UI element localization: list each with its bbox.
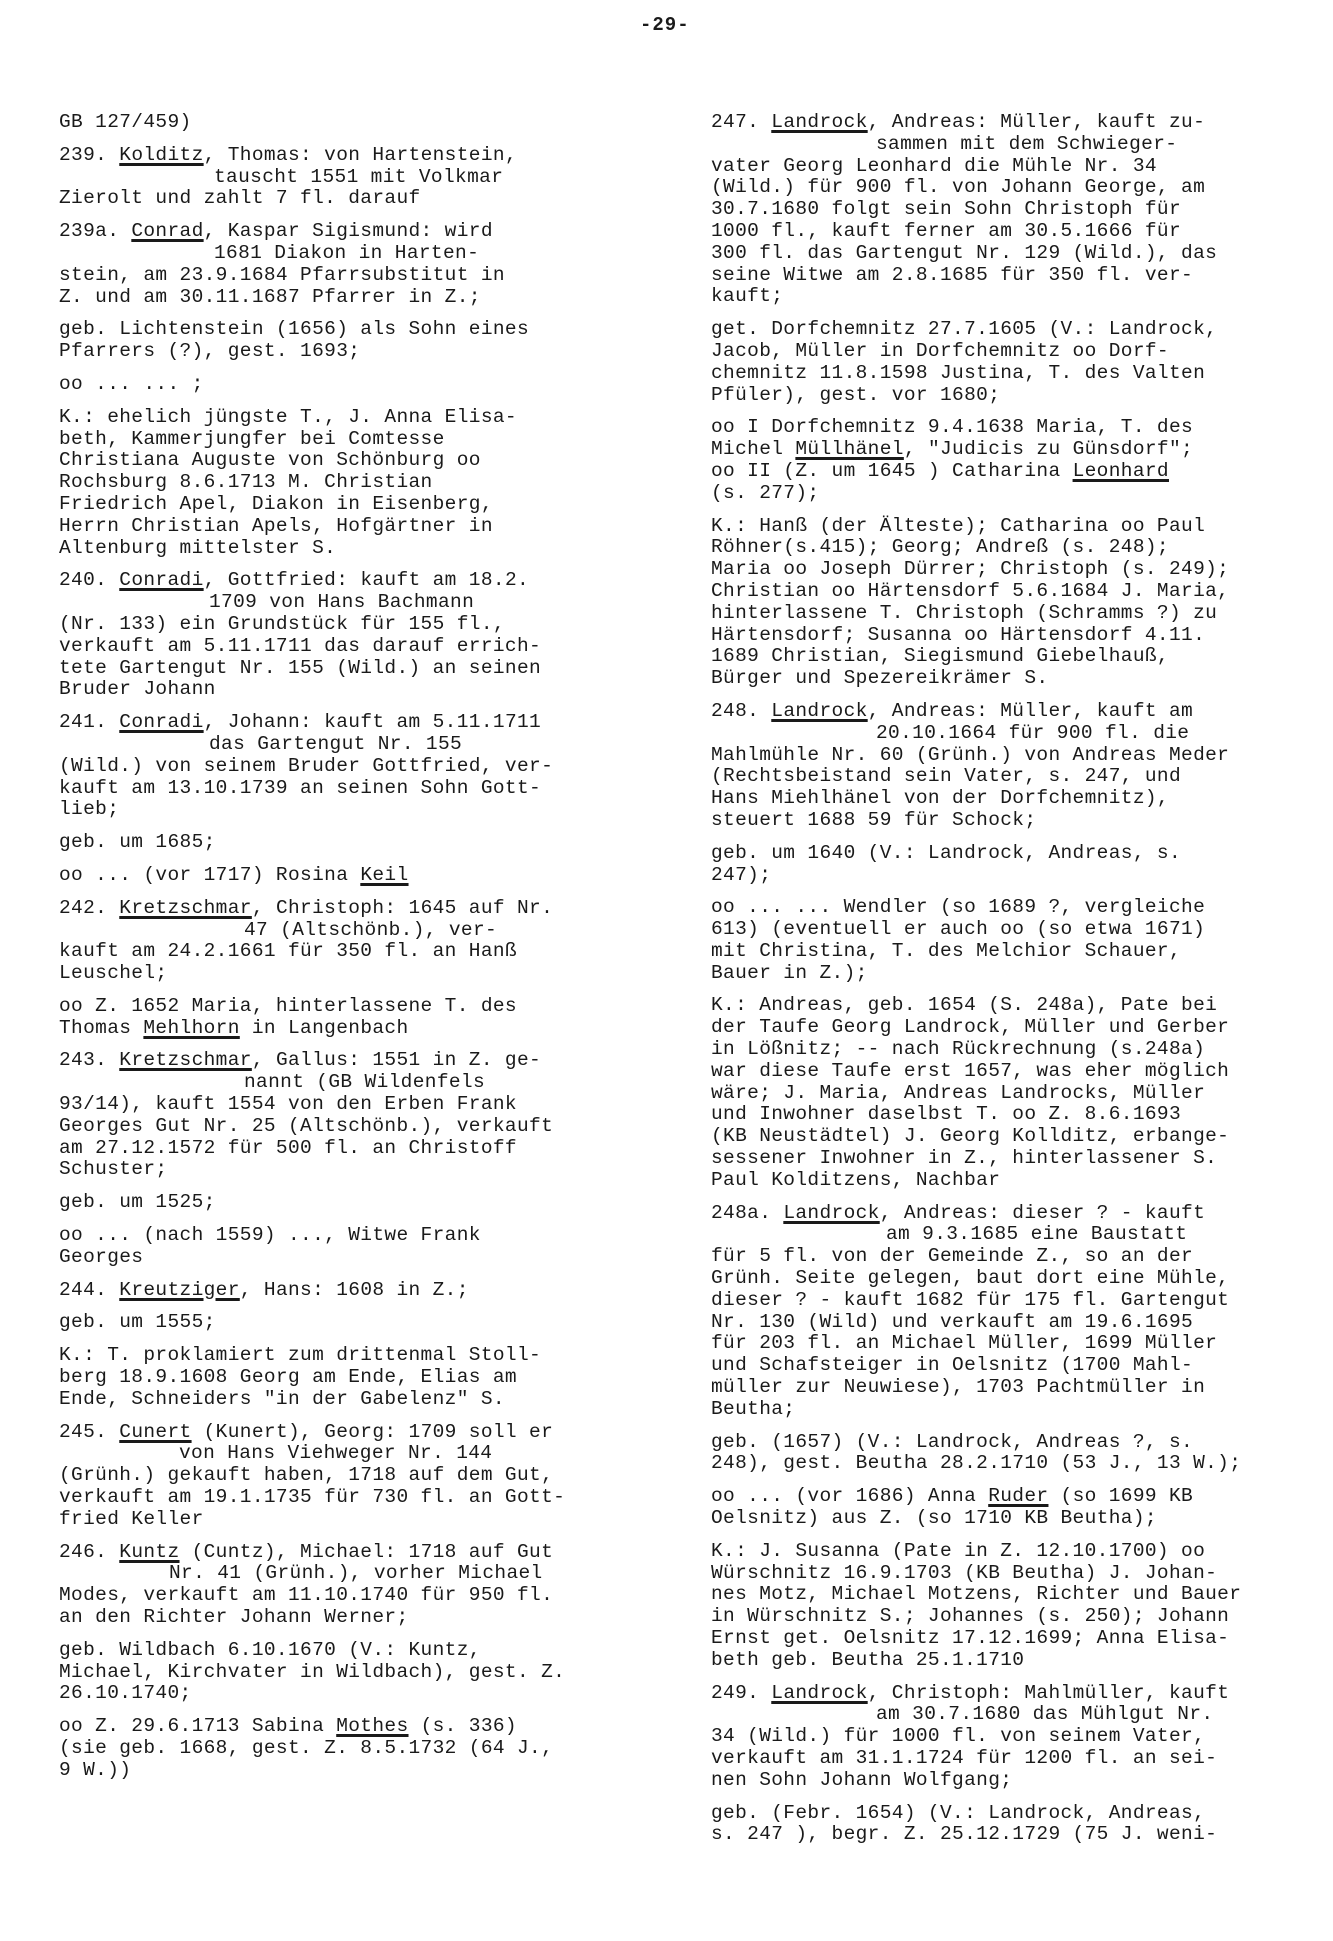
line-prefix: oo ... (vor 1717) Rosina xyxy=(59,864,360,886)
text-line: Hans Miehlhänel von der Dorfchemnitz), xyxy=(711,788,1311,810)
line-text: Würschnitz 16.9.1703 (KB Beutha) J. Joha… xyxy=(711,1562,1217,1584)
underlined-surname: Landrock xyxy=(783,1202,879,1224)
line-text: nes Motz, Michael Motzens, Richter und B… xyxy=(711,1583,1241,1605)
line-text: und Schafsteiger in Oelsnitz (1700 Mahl- xyxy=(711,1354,1193,1376)
underlined-surname: Kretzschmar xyxy=(119,1049,252,1071)
entry-paragraph: 247. Landrock, Andreas: Müller, kauft zu… xyxy=(711,112,1311,308)
line-text: am 27.12.1572 für 500 fl. an Christoff xyxy=(59,1137,517,1159)
text-line: kauft am 24.2.1661 für 350 fl. an Hanß xyxy=(59,941,659,963)
text-line: in Lößnitz; -- nach Rückrechnung (s.248a… xyxy=(711,1039,1311,1061)
underlined-surname: Cunert xyxy=(119,1421,191,1443)
line-text: Röhner(s.415); Georg; Andreß (s. 248); xyxy=(711,536,1169,558)
text-line: Jacob, Müller in Dorfchemnitz oo Dorf- xyxy=(711,341,1311,363)
text-line: wäre; J. Maria, Andreas Landrocks, Mülle… xyxy=(711,1083,1311,1105)
line-text: , Christoph: 1645 auf Nr. xyxy=(252,897,553,919)
entry-paragraph: oo ... ... Wendler (so 1689 ?, vergleich… xyxy=(711,897,1311,984)
text-line: oo ... ... ; xyxy=(59,374,659,396)
text-line: 248. Landrock, Andreas: Müller, kauft am xyxy=(711,701,1311,723)
text-line: K.: ehelich jüngste T., J. Anna Elisa- xyxy=(59,407,659,429)
text-line: Herrn Christian Apels, Hofgärtner in xyxy=(59,516,659,538)
line-text: geb. um 1525; xyxy=(59,1191,216,1213)
line-text: (Cuntz), Michael: 1718 auf Gut xyxy=(180,1541,554,1563)
text-line: 247. Landrock, Andreas: Müller, kauft zu… xyxy=(711,112,1311,134)
page-number: -29- xyxy=(640,14,690,36)
text-line: seine Witwe am 2.8.1685 für 350 fl. ver- xyxy=(711,265,1311,287)
entry-paragraph: oo Z. 1652 Maria, hinterlassene T. desTh… xyxy=(59,996,659,1040)
line-text: , Andreas: dieser ? - kauft xyxy=(880,1202,1205,1224)
text-line: Röhner(s.415); Georg; Andreß (s. 248); xyxy=(711,537,1311,559)
line-prefix: 240. xyxy=(59,569,119,591)
entry-paragraph: 249. Landrock, Christoph: Mahlmüller, ka… xyxy=(711,1683,1311,1792)
line-text: 9 W.)) xyxy=(59,1759,131,1781)
line-prefix: 243. xyxy=(59,1049,119,1071)
line-text: , Andreas: Müller, kauft am xyxy=(868,700,1193,722)
text-line: geb. (Febr. 1654) (V.: Landrock, Andreas… xyxy=(711,1803,1311,1825)
text-line: kauft am 13.10.1739 an seinen Sohn Gott- xyxy=(59,778,659,800)
line-text: Christian oo Härtensdorf 5.6.1684 J. Mar… xyxy=(711,580,1229,602)
text-line: (Wild.) für 900 fl. von Johann George, a… xyxy=(711,177,1311,199)
text-line: oo Z. 1652 Maria, hinterlassene T. des xyxy=(59,996,659,1018)
line-text: für 5 fl. von der Gemeinde Z., so an der xyxy=(711,1245,1193,1267)
underlined-surname: Kolditz xyxy=(119,144,203,166)
line-prefix: 249. xyxy=(711,1682,771,1704)
text-line: 34 (Wild.) für 1000 fl. von seinem Vater… xyxy=(711,1726,1311,1748)
line-text: vater Georg Leonhard die Mühle Nr. 34 xyxy=(711,155,1157,177)
line-text: verkauft am 19.1.1735 für 730 fl. an Got… xyxy=(59,1486,565,1508)
entry-paragraph: 245. Cunert (Kunert), Georg: 1709 soll e… xyxy=(59,1422,659,1531)
text-line: 1681 Diakon in Harten- xyxy=(59,243,659,265)
underlined-surname: Kuntz xyxy=(119,1541,179,1563)
text-line: 93/14), kauft 1554 von den Erben Frank xyxy=(59,1094,659,1116)
left-column: GB 127/459)239. Kolditz, Thomas: von Har… xyxy=(59,112,659,1793)
underlined-surname: Landrock xyxy=(771,700,867,722)
line-prefix: 244. xyxy=(59,1279,119,1301)
entry-paragraph: oo ... (vor 1686) Anna Ruder (so 1699 KB… xyxy=(711,1486,1311,1530)
line-text: Friedrich Apel, Diakon in Eisenberg, xyxy=(59,493,493,515)
text-line: 30.7.1680 folgt sein Sohn Christoph für xyxy=(711,199,1311,221)
entry-paragraph: oo I Dorfchemnitz 9.4.1638 Maria, T. des… xyxy=(711,417,1311,504)
line-text: kauft; xyxy=(711,285,783,307)
text-line: GB 127/459) xyxy=(59,112,659,134)
text-line: Altenburg mittelster S. xyxy=(59,538,659,560)
text-line: 20.10.1664 für 900 fl. die xyxy=(711,723,1311,745)
text-line: geb. um 1555; xyxy=(59,1312,659,1334)
text-line: (Nr. 133) ein Grundstück für 155 fl., xyxy=(59,614,659,636)
line-text: wäre; J. Maria, Andreas Landrocks, Mülle… xyxy=(711,1082,1205,1104)
line-text: oo ... (nach 1559) ..., Witwe Frank xyxy=(59,1224,481,1246)
line-text: Christiana Auguste von Schönburg oo xyxy=(59,449,481,471)
text-line: und Inwohner daselbst T. oo Z. 8.6.1693 xyxy=(711,1104,1311,1126)
entry-paragraph: get. Dorfchemnitz 27.7.1605 (V.: Landroc… xyxy=(711,319,1311,406)
text-line: steuert 1688 59 für Schock; xyxy=(711,810,1311,832)
line-text: 1000 fl., kauft ferner am 30.5.1666 für xyxy=(711,220,1181,242)
text-line: nannt (GB Wildenfels xyxy=(59,1072,659,1094)
line-text: (s. 336) xyxy=(409,1715,517,1737)
text-line: Michel Müllhänel, "Judicis zu Günsdorf"; xyxy=(711,439,1311,461)
text-line: oo II (Z. um 1645 ) Catharina Leonhard xyxy=(711,461,1311,483)
line-text: K.: ehelich jüngste T., J. Anna Elisa- xyxy=(59,406,517,428)
text-line: war diese Taufe erst 1657, was eher mögl… xyxy=(711,1061,1311,1083)
line-text: geb. um 1640 (V.: Landrock, Andreas, s. xyxy=(711,842,1181,864)
entry-paragraph: 248a. Landrock, Andreas: dieser ? - kauf… xyxy=(711,1203,1311,1421)
entry-paragraph: K.: J. Susanna (Pate in Z. 12.10.1700) o… xyxy=(711,1541,1311,1672)
line-text: 30.7.1680 folgt sein Sohn Christoph für xyxy=(711,198,1181,220)
line-prefix: 246. xyxy=(59,1541,119,1563)
line-text: (Nr. 133) ein Grundstück für 155 fl., xyxy=(59,613,505,635)
line-prefix: 248. xyxy=(711,700,771,722)
line-text: am 9.3.1685 eine Baustatt xyxy=(886,1223,1187,1245)
line-prefix: 247. xyxy=(711,111,771,133)
line-text: Härtensdorf; Susanna oo Härtensdorf 4.11… xyxy=(711,624,1205,646)
text-line: oo ... (vor 1717) Rosina Keil xyxy=(59,865,659,887)
line-prefix: 239. xyxy=(59,144,119,166)
text-line: geb. um 1685; xyxy=(59,832,659,854)
text-line: chemnitz 11.8.1598 Justina, T. des Valte… xyxy=(711,363,1311,385)
line-text: Zierolt und zahlt 7 fl. darauf xyxy=(59,187,421,209)
line-text: GB 127/459) xyxy=(59,111,192,133)
line-text: Paul Kolditzens, Nachbar xyxy=(711,1169,1000,1191)
line-text: geb. um 1555; xyxy=(59,1311,216,1333)
line-text: Altenburg mittelster S. xyxy=(59,537,336,559)
line-prefix: oo ... (vor 1686) Anna xyxy=(711,1485,988,1507)
line-text: Michael, Kirchvater in Wildbach), gest. … xyxy=(59,1661,565,1683)
entry-paragraph: oo ... (nach 1559) ..., Witwe FrankGeorg… xyxy=(59,1225,659,1269)
line-text: mit Christina, T. des Melchior Schauer, xyxy=(711,940,1181,962)
line-text: müller zur Neuwiese), 1703 Pachtmüller i… xyxy=(711,1376,1205,1398)
line-text: Jacob, Müller in Dorfchemnitz oo Dorf- xyxy=(711,340,1169,362)
text-line: am 27.12.1572 für 500 fl. an Christoff xyxy=(59,1138,659,1160)
line-text: , Gottfried: kauft am 18.2. xyxy=(204,569,529,591)
text-line: 245. Cunert (Kunert), Georg: 1709 soll e… xyxy=(59,1422,659,1444)
text-line: Zierolt und zahlt 7 fl. darauf xyxy=(59,188,659,210)
line-text: Grünh. Seite gelegen, baut dort eine Müh… xyxy=(711,1267,1229,1289)
line-text: 300 fl. das Gartengut Nr. 129 (Wild.), d… xyxy=(711,242,1217,264)
line-text: (s. 277); xyxy=(711,482,819,504)
line-text: , Hans: 1608 in Z.; xyxy=(240,1279,469,1301)
entry-paragraph: oo ... (vor 1717) Rosina Keil xyxy=(59,865,659,887)
text-line: Bauer in Z.); xyxy=(711,963,1311,985)
text-line: geb. um 1640 (V.: Landrock, Andreas, s. xyxy=(711,843,1311,865)
underlined-surname: Kreutziger xyxy=(119,1279,240,1301)
line-text: berg 18.9.1608 Georg am Ende, Elias am xyxy=(59,1366,517,1388)
line-text: , Gallus: 1551 in Z. ge- xyxy=(252,1049,541,1071)
text-line: dieser ? - kauft 1682 für 175 fl. Garten… xyxy=(711,1290,1311,1312)
text-line: Thomas Mehlhorn in Langenbach xyxy=(59,1018,659,1040)
line-text: Modes, verkauft am 11.10.1740 für 950 fl… xyxy=(59,1584,553,1606)
text-line: Paul Kolditzens, Nachbar xyxy=(711,1170,1311,1192)
line-text: Maria oo Joseph Dürrer; Christoph (s. 24… xyxy=(711,558,1229,580)
text-line: Bruder Johann xyxy=(59,679,659,701)
line-text: an den Richter Johann Werner; xyxy=(59,1606,409,1628)
entry-paragraph: geb. (1657) (V.: Landrock, Andreas ?, s.… xyxy=(711,1432,1311,1476)
line-text: , "Judicis zu Günsdorf"; xyxy=(904,438,1193,460)
entry-paragraph: K.: Hanß (der Älteste); Catharina oo Pau… xyxy=(711,516,1311,690)
entry-paragraph: geb. um 1525; xyxy=(59,1192,659,1214)
line-text: Pfüler), gest. vor 1680; xyxy=(711,384,1000,406)
line-text: (Wild.) von seinem Bruder Gottfried, ver… xyxy=(59,755,553,777)
line-text: (Kunert), Georg: 1709 soll er xyxy=(192,1421,554,1443)
line-prefix: oo II (Z. um 1645 ) Catharina xyxy=(711,460,1073,482)
line-text: oo ... ... ; xyxy=(59,373,204,395)
line-text: K.: T. proklamiert zum drittenmal Stoll- xyxy=(59,1344,541,1366)
text-line: hinterlassene T. Christoph (Schramms ?) … xyxy=(711,603,1311,625)
text-line: (sie geb. 1668, gest. Z. 8.5.1732 (64 J.… xyxy=(59,1738,659,1760)
text-line: oo ... (nach 1559) ..., Witwe Frank xyxy=(59,1225,659,1247)
line-text: Nr. 130 (Wild) und verkauft am 19.6.1695 xyxy=(711,1311,1193,1333)
text-line: Mahlmühle Nr. 60 (Grünh.) von Andreas Me… xyxy=(711,745,1311,767)
text-line: Oelsnitz) aus Z. (so 1710 KB Beutha); xyxy=(711,1508,1311,1530)
line-text: 20.10.1664 für 900 fl. die xyxy=(876,722,1189,744)
text-line: geb. um 1525; xyxy=(59,1192,659,1214)
line-text: verkauft am 31.1.1724 für 1200 fl. an se… xyxy=(711,1747,1217,1769)
text-line: 243. Kretzschmar, Gallus: 1551 in Z. ge- xyxy=(59,1050,659,1072)
line-text: oo I Dorfchemnitz 9.4.1638 Maria, T. des xyxy=(711,416,1193,438)
line-text: kauft am 24.2.1661 für 350 fl. an Hanß xyxy=(59,940,517,962)
text-line: Christian oo Härtensdorf 5.6.1684 J. Mar… xyxy=(711,581,1311,603)
line-text: 1709 von Hans Bachmann xyxy=(209,591,474,613)
text-line: tauscht 1551 mit Volkmar xyxy=(59,167,659,189)
line-prefix: Thomas xyxy=(59,1017,143,1039)
line-text: 47 (Altschönb.), ver- xyxy=(244,919,497,941)
text-line: Christiana Auguste von Schönburg oo xyxy=(59,450,659,472)
entry-paragraph: 240. Conradi, Gottfried: kauft am 18.2.1… xyxy=(59,570,659,701)
underlined-surname: Müllhänel xyxy=(795,438,903,460)
line-text: kauft am 13.10.1739 an seinen Sohn Gott- xyxy=(59,777,541,799)
text-line: für 203 fl. an Michael Müller, 1699 Müll… xyxy=(711,1333,1311,1355)
text-line: Würschnitz 16.9.1703 (KB Beutha) J. Joha… xyxy=(711,1563,1311,1585)
line-text: (Wild.) für 900 fl. von Johann George, a… xyxy=(711,176,1205,198)
text-line: nen Sohn Johann Wolfgang; xyxy=(711,1770,1311,1792)
text-line: K.: Hanß (der Älteste); Catharina oo Pau… xyxy=(711,516,1311,538)
text-line: 47 (Altschönb.), ver- xyxy=(59,920,659,942)
text-line: K.: T. proklamiert zum drittenmal Stoll- xyxy=(59,1345,659,1367)
line-text: Bürger und Spezereikrämer S. xyxy=(711,667,1048,689)
underlined-surname: Landrock xyxy=(771,111,867,133)
line-text: war diese Taufe erst 1657, was eher mögl… xyxy=(711,1060,1229,1082)
line-text: 34 (Wild.) für 1000 fl. von seinem Vater… xyxy=(711,1725,1205,1747)
underlined-surname: Mehlhorn xyxy=(143,1017,239,1039)
line-text: tete Gartengut Nr. 155 (Wild.) an seinen xyxy=(59,657,541,679)
line-text: Ende, Schneiders "in der Gabelenz" S. xyxy=(59,1388,505,1410)
text-line: geb. Wildbach 6.10.1670 (V.: Kuntz, xyxy=(59,1640,659,1662)
text-line: Michael, Kirchvater in Wildbach), gest. … xyxy=(59,1662,659,1684)
text-line: Nr. 41 (Grünh.), vorher Michael xyxy=(59,1563,659,1585)
text-line: am 30.7.1680 das Mühlgut Nr. xyxy=(711,1704,1311,1726)
line-text: in Würschnitz S.; Johannes (s. 250); Joh… xyxy=(711,1605,1229,1627)
text-line: Ende, Schneiders "in der Gabelenz" S. xyxy=(59,1389,659,1411)
text-line: beth, Kammerjungfer bei Comtesse xyxy=(59,429,659,451)
text-line: müller zur Neuwiese), 1703 Pachtmüller i… xyxy=(711,1377,1311,1399)
underlined-surname: Mothes xyxy=(336,1715,408,1737)
text-line: an den Richter Johann Werner; xyxy=(59,1607,659,1629)
line-text: Oelsnitz) aus Z. (so 1710 KB Beutha); xyxy=(711,1507,1157,1529)
line-text: sessener Inwohner in Z., hinterlassener … xyxy=(711,1147,1217,1169)
line-text: (sie geb. 1668, gest. Z. 8.5.1732 (64 J.… xyxy=(59,1737,553,1759)
text-line: (Wild.) von seinem Bruder Gottfried, ver… xyxy=(59,756,659,778)
line-text: , Thomas: von Hartenstein, xyxy=(204,144,517,166)
line-text: beth geb. Beutha 25.1.1710 xyxy=(711,1649,1024,1671)
line-text: sammen mit dem Schwieger- xyxy=(876,133,1177,155)
line-text: geb. (Febr. 1654) (V.: Landrock, Andreas… xyxy=(711,1802,1205,1824)
line-text: Bruder Johann xyxy=(59,678,216,700)
text-line: 246. Kuntz (Cuntz), Michael: 1718 auf Gu… xyxy=(59,1542,659,1564)
text-line: 239. Kolditz, Thomas: von Hartenstein, xyxy=(59,145,659,167)
line-prefix: Michel xyxy=(711,438,795,460)
line-text: nen Sohn Johann Wolfgang; xyxy=(711,1769,1012,1791)
text-line: berg 18.9.1608 Georg am Ende, Elias am xyxy=(59,1367,659,1389)
line-prefix: 241. xyxy=(59,711,119,733)
line-text: Mahlmühle Nr. 60 (Grünh.) von Andreas Me… xyxy=(711,744,1229,766)
line-text: seine Witwe am 2.8.1685 für 350 fl. ver- xyxy=(711,264,1193,286)
text-line: stein, am 23.9.1684 Pfarrsubstitut in xyxy=(59,265,659,287)
line-text: (Rechtsbeistand sein Vater, s. 247, und xyxy=(711,765,1181,787)
line-text: , Johann: kauft am 5.11.1711 xyxy=(204,711,541,733)
line-text: Georges Gut Nr. 25 (Altschönb.), verkauf… xyxy=(59,1115,553,1137)
line-text: 1681 Diakon in Harten- xyxy=(214,242,479,264)
line-text: Hans Miehlhänel von der Dorfchemnitz), xyxy=(711,787,1169,809)
line-text: K.: J. Susanna (Pate in Z. 12.10.1700) o… xyxy=(711,1540,1205,1562)
line-prefix: 248a. xyxy=(711,1202,783,1224)
line-text: 26.10.1740; xyxy=(59,1682,192,1704)
line-text: Schuster; xyxy=(59,1158,167,1180)
text-line: oo I Dorfchemnitz 9.4.1638 Maria, T. des xyxy=(711,417,1311,439)
text-line: 239a. Conrad, Kaspar Sigismund: wird xyxy=(59,221,659,243)
text-line: Härtensdorf; Susanna oo Härtensdorf 4.11… xyxy=(711,625,1311,647)
line-prefix: 239a. xyxy=(59,220,131,242)
entry-paragraph: geb. um 1555; xyxy=(59,1312,659,1334)
text-line: 1000 fl., kauft ferner am 30.5.1666 für xyxy=(711,221,1311,243)
line-prefix: 242. xyxy=(59,897,119,919)
entry-paragraph: K.: ehelich jüngste T., J. Anna Elisa-be… xyxy=(59,407,659,560)
line-text: Rochsburg 8.6.1713 M. Christian xyxy=(59,471,433,493)
line-text: tauscht 1551 mit Volkmar xyxy=(214,166,503,188)
line-text: in Lößnitz; -- nach Rückrechnung (s.248a… xyxy=(711,1038,1205,1060)
line-text: hinterlassene T. Christoph (Schramms ?) … xyxy=(711,602,1217,624)
text-line: geb. Lichtenstein (1656) als Sohn eines xyxy=(59,319,659,341)
underlined-surname: Keil xyxy=(360,864,408,886)
entry-paragraph: 248. Landrock, Andreas: Müller, kauft am… xyxy=(711,701,1311,832)
text-line: s. 247 ), begr. Z. 25.12.1729 (75 J. wen… xyxy=(711,1824,1311,1846)
text-line: 1709 von Hans Bachmann xyxy=(59,592,659,614)
line-text: das Gartengut Nr. 155 xyxy=(209,733,462,755)
text-line: Georges xyxy=(59,1247,659,1269)
text-line: Ernst get. Oelsnitz 17.12.1699; Anna Eli… xyxy=(711,1628,1311,1650)
entry-paragraph: GB 127/459) xyxy=(59,112,659,134)
line-text: steuert 1688 59 für Schock; xyxy=(711,809,1036,831)
line-text: oo ... ... Wendler (so 1689 ?, vergleich… xyxy=(711,896,1205,918)
line-text: s. 247 ), begr. Z. 25.12.1729 (75 J. wen… xyxy=(711,1823,1217,1845)
line-text: beth, Kammerjungfer bei Comtesse xyxy=(59,428,445,450)
line-text: (KB Neustädtel) J. Georg Kollditz, erban… xyxy=(711,1125,1229,1147)
entry-paragraph: oo ... ... ; xyxy=(59,374,659,396)
entry-paragraph: 244. Kreutziger, Hans: 1608 in Z.; xyxy=(59,1280,659,1302)
entry-paragraph: 246. Kuntz (Cuntz), Michael: 1718 auf Gu… xyxy=(59,1542,659,1629)
text-line: mit Christina, T. des Melchior Schauer, xyxy=(711,941,1311,963)
right-column: 247. Landrock, Andreas: Müller, kauft zu… xyxy=(711,112,1311,1857)
text-line: beth geb. Beutha 25.1.1710 xyxy=(711,1650,1311,1672)
line-text: Leuschel; xyxy=(59,962,167,984)
text-line: 249. Landrock, Christoph: Mahlmüller, ka… xyxy=(711,1683,1311,1705)
text-line: Rochsburg 8.6.1713 M. Christian xyxy=(59,472,659,494)
text-line: von Hans Viehweger Nr. 144 xyxy=(59,1443,659,1465)
text-line: 9 W.)) xyxy=(59,1760,659,1782)
line-text: Pfarrers (?), gest. 1693; xyxy=(59,340,360,362)
text-line: (s. 277); xyxy=(711,483,1311,505)
line-text: für 203 fl. an Michael Müller, 1699 Müll… xyxy=(711,1332,1217,1354)
line-text: geb. um 1685; xyxy=(59,831,216,853)
entry-paragraph: geb. Lichtenstein (1656) als Sohn einesP… xyxy=(59,319,659,363)
line-text: 1689 Christian, Siegismund Giebelhauß, xyxy=(711,645,1169,667)
line-text: K.: Hanß (der Älteste); Catharina oo Pau… xyxy=(711,515,1205,537)
line-text: Z. und am 30.11.1687 Pfarrer in Z.; xyxy=(59,286,481,308)
text-line: in Würschnitz S.; Johannes (s. 250); Joh… xyxy=(711,1606,1311,1628)
line-text: 93/14), kauft 1554 von den Erben Frank xyxy=(59,1093,517,1115)
text-line: 26.10.1740; xyxy=(59,1683,659,1705)
line-text: und Inwohner daselbst T. oo Z. 8.6.1693 xyxy=(711,1103,1181,1125)
text-line: verkauft am 19.1.1735 für 730 fl. an Got… xyxy=(59,1487,659,1509)
entry-paragraph: oo Z. 29.6.1713 Sabina Mothes (s. 336)(s… xyxy=(59,1716,659,1781)
text-line: K.: Andreas, geb. 1654 (S. 248a), Pate b… xyxy=(711,995,1311,1017)
line-text: von Hans Viehweger Nr. 144 xyxy=(179,1442,492,1464)
text-line: oo Z. 29.6.1713 Sabina Mothes (s. 336) xyxy=(59,1716,659,1738)
text-line: sessener Inwohner in Z., hinterlassener … xyxy=(711,1148,1311,1170)
text-line: 242. Kretzschmar, Christoph: 1645 auf Nr… xyxy=(59,898,659,920)
line-text: Nr. 41 (Grünh.), vorher Michael xyxy=(169,1562,543,1584)
entry-paragraph: 239. Kolditz, Thomas: von Hartenstein,ta… xyxy=(59,145,659,210)
line-text: Herrn Christian Apels, Hofgärtner in xyxy=(59,515,493,537)
line-text: geb. Wildbach 6.10.1670 (V.: Kuntz, xyxy=(59,1639,481,1661)
text-line: 300 fl. das Gartengut Nr. 129 (Wild.), d… xyxy=(711,243,1311,265)
line-text: Ernst get. Oelsnitz 17.12.1699; Anna Eli… xyxy=(711,1627,1229,1649)
text-line: get. Dorfchemnitz 27.7.1605 (V.: Landroc… xyxy=(711,319,1311,341)
line-text: (so 1699 KB xyxy=(1048,1485,1193,1507)
text-line: oo ... ... Wendler (so 1689 ?, vergleich… xyxy=(711,897,1311,919)
line-text: stein, am 23.9.1684 Pfarrsubstitut in xyxy=(59,264,505,286)
text-line: Leuschel; xyxy=(59,963,659,985)
line-text: , Kaspar Sigismund: wird xyxy=(204,220,493,242)
line-text: fried Keller xyxy=(59,1508,204,1530)
text-line: das Gartengut Nr. 155 xyxy=(59,734,659,756)
text-line: verkauft am 31.1.1724 für 1200 fl. an se… xyxy=(711,1748,1311,1770)
line-text: 613) (eventuell er auch oo (so etwa 1671… xyxy=(711,918,1205,940)
text-line: Schuster; xyxy=(59,1159,659,1181)
entry-paragraph: K.: T. proklamiert zum drittenmal Stoll-… xyxy=(59,1345,659,1410)
underlined-surname: Landrock xyxy=(771,1682,867,1704)
entry-paragraph: 243. Kretzschmar, Gallus: 1551 in Z. ge-… xyxy=(59,1050,659,1181)
text-line: 241. Conradi, Johann: kauft am 5.11.1711 xyxy=(59,712,659,734)
text-line: oo ... (vor 1686) Anna Ruder (so 1699 KB xyxy=(711,1486,1311,1508)
line-text: 247); xyxy=(711,864,771,886)
underlined-surname: Ruder xyxy=(988,1485,1048,1507)
text-line: 613) (eventuell er auch oo (so etwa 1671… xyxy=(711,919,1311,941)
line-text: K.: Andreas, geb. 1654 (S. 248a), Pate b… xyxy=(711,994,1217,1016)
text-line: geb. (1657) (V.: Landrock, Andreas ?, s. xyxy=(711,1432,1311,1454)
text-line: vater Georg Leonhard die Mühle Nr. 34 xyxy=(711,156,1311,178)
line-text: , Christoph: Mahlmüller, kauft xyxy=(868,1682,1230,1704)
entry-paragraph: geb. Wildbach 6.10.1670 (V.: Kuntz,Micha… xyxy=(59,1640,659,1705)
line-text: dieser ? - kauft 1682 für 175 fl. Garten… xyxy=(711,1289,1229,1311)
line-text: nannt (GB Wildenfels xyxy=(244,1071,485,1093)
line-text: am 30.7.1680 das Mühlgut Nr. xyxy=(876,1703,1213,1725)
text-line: kauft; xyxy=(711,286,1311,308)
text-line: Beutha; xyxy=(711,1399,1311,1421)
text-line: nes Motz, Michael Motzens, Richter und B… xyxy=(711,1584,1311,1606)
text-line: lieb; xyxy=(59,799,659,821)
line-text: der Taufe Georg Landrock, Müller und Ger… xyxy=(711,1016,1229,1038)
text-line: 248), gest. Beutha 28.2.1710 (53 J., 13 … xyxy=(711,1453,1311,1475)
line-text: geb. (1657) (V.: Landrock, Andreas ?, s. xyxy=(711,1431,1193,1453)
entry-paragraph: geb. um 1685; xyxy=(59,832,659,854)
